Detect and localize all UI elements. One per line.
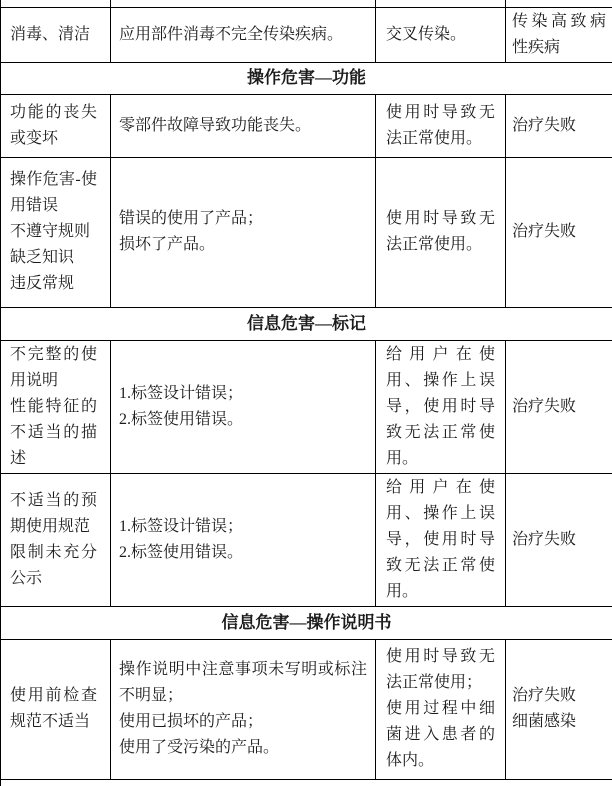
table-cell-harm: 治疗失败 (506, 157, 612, 307)
table-cell-cause: 零部件故障导致功能丧失。 (111, 94, 376, 157)
table-cell-situation: 使用时导致无法正常使用。 (376, 94, 506, 157)
table-cell-hazard: 功能的丧失或变坏 (1, 94, 111, 157)
section-header: 操作危害—功能 (1, 62, 612, 94)
table-row: 不适当的预期使用规范 限制未充分公示 1.标签设计错误； 2.标签使用错误。 给… (1, 473, 612, 606)
table-row: 不完整的使用说明 性能特征的不适当的描述 1.标签设计错误； 2.标签使用错误。… (1, 340, 612, 473)
table-cell-cause: 操作说明中注意事项未写明或标注不明显； 使用已损坏的产品； 使用了受污染的产品。 (111, 639, 376, 779)
table-cell-cause: 1.标签设计错误； 2.标签使用错误。 (111, 473, 376, 606)
table-cell-situation: 使用时导致无法正常使用； 使用过程中细菌进入患者的体内。 (376, 639, 506, 779)
risk-analysis-table: 消毒、清洁 应用部件消毒不完全传染疾病。 交叉传染。 传染高致病性疾病 操作危害… (0, 0, 612, 786)
table-cell-harm: 治疗失败 (506, 94, 612, 157)
table-row-partial-bottom (1, 779, 612, 786)
table-cell (1, 779, 612, 786)
table-cell-hazard: 操作危害-使用错误 不遵守规则 缺乏知识 违反常规 (1, 157, 111, 307)
table-cell-situation: 给用户在使用、操作上误导，使用时导致无法正常使用。 (376, 340, 506, 473)
table-cell-harm: 治疗失败 (506, 340, 612, 473)
table-cell-situation: 交叉传染。 (376, 7, 506, 62)
section-header-row: 信息危害—操作说明书 (1, 606, 612, 639)
table-cell-situation: 给用户在使用、操作上误导，使用时导致无法正常使用。 (376, 473, 506, 606)
table-cell (1, 0, 111, 7)
table-cell (376, 0, 506, 7)
table-cell-hazard: 不适当的预期使用规范 限制未充分公示 (1, 473, 111, 606)
table-cell-harm: 治疗失败 细菌感染 (506, 639, 612, 779)
section-header-row: 信息危害—标记 (1, 307, 612, 340)
table-cell-hazard: 不完整的使用说明 性能特征的不适当的描述 (1, 340, 111, 473)
table-row-partial-top (1, 0, 612, 7)
table-cell-cause: 应用部件消毒不完全传染疾病。 (111, 7, 376, 62)
table-cell-harm: 传染高致病性疾病 (506, 7, 612, 62)
table-cell-cause: 错误的使用了产品； 损坏了产品。 (111, 157, 376, 307)
table-cell (506, 0, 612, 7)
table-row: 消毒、清洁 应用部件消毒不完全传染疾病。 交叉传染。 传染高致病性疾病 (1, 7, 612, 62)
table-cell-hazard: 消毒、清洁 (1, 7, 111, 62)
table-cell-situation: 使用时导致无法正常使用。 (376, 157, 506, 307)
table-row: 使用前检查规范不适当 操作说明中注意事项未写明或标注不明显； 使用已损坏的产品；… (1, 639, 612, 779)
table-cell-harm: 治疗失败 (506, 473, 612, 606)
section-header: 信息危害—标记 (1, 307, 612, 340)
table-row: 功能的丧失或变坏 零部件故障导致功能丧失。 使用时导致无法正常使用。 治疗失败 (1, 94, 612, 157)
table-cell (111, 0, 376, 7)
section-header-row: 操作危害—功能 (1, 62, 612, 94)
table-cell-hazard: 使用前检查规范不适当 (1, 639, 111, 779)
table-row: 操作危害-使用错误 不遵守规则 缺乏知识 违反常规 错误的使用了产品； 损坏了产… (1, 157, 612, 307)
table-cell-cause: 1.标签设计错误； 2.标签使用错误。 (111, 340, 376, 473)
section-header: 信息危害—操作说明书 (1, 606, 612, 639)
